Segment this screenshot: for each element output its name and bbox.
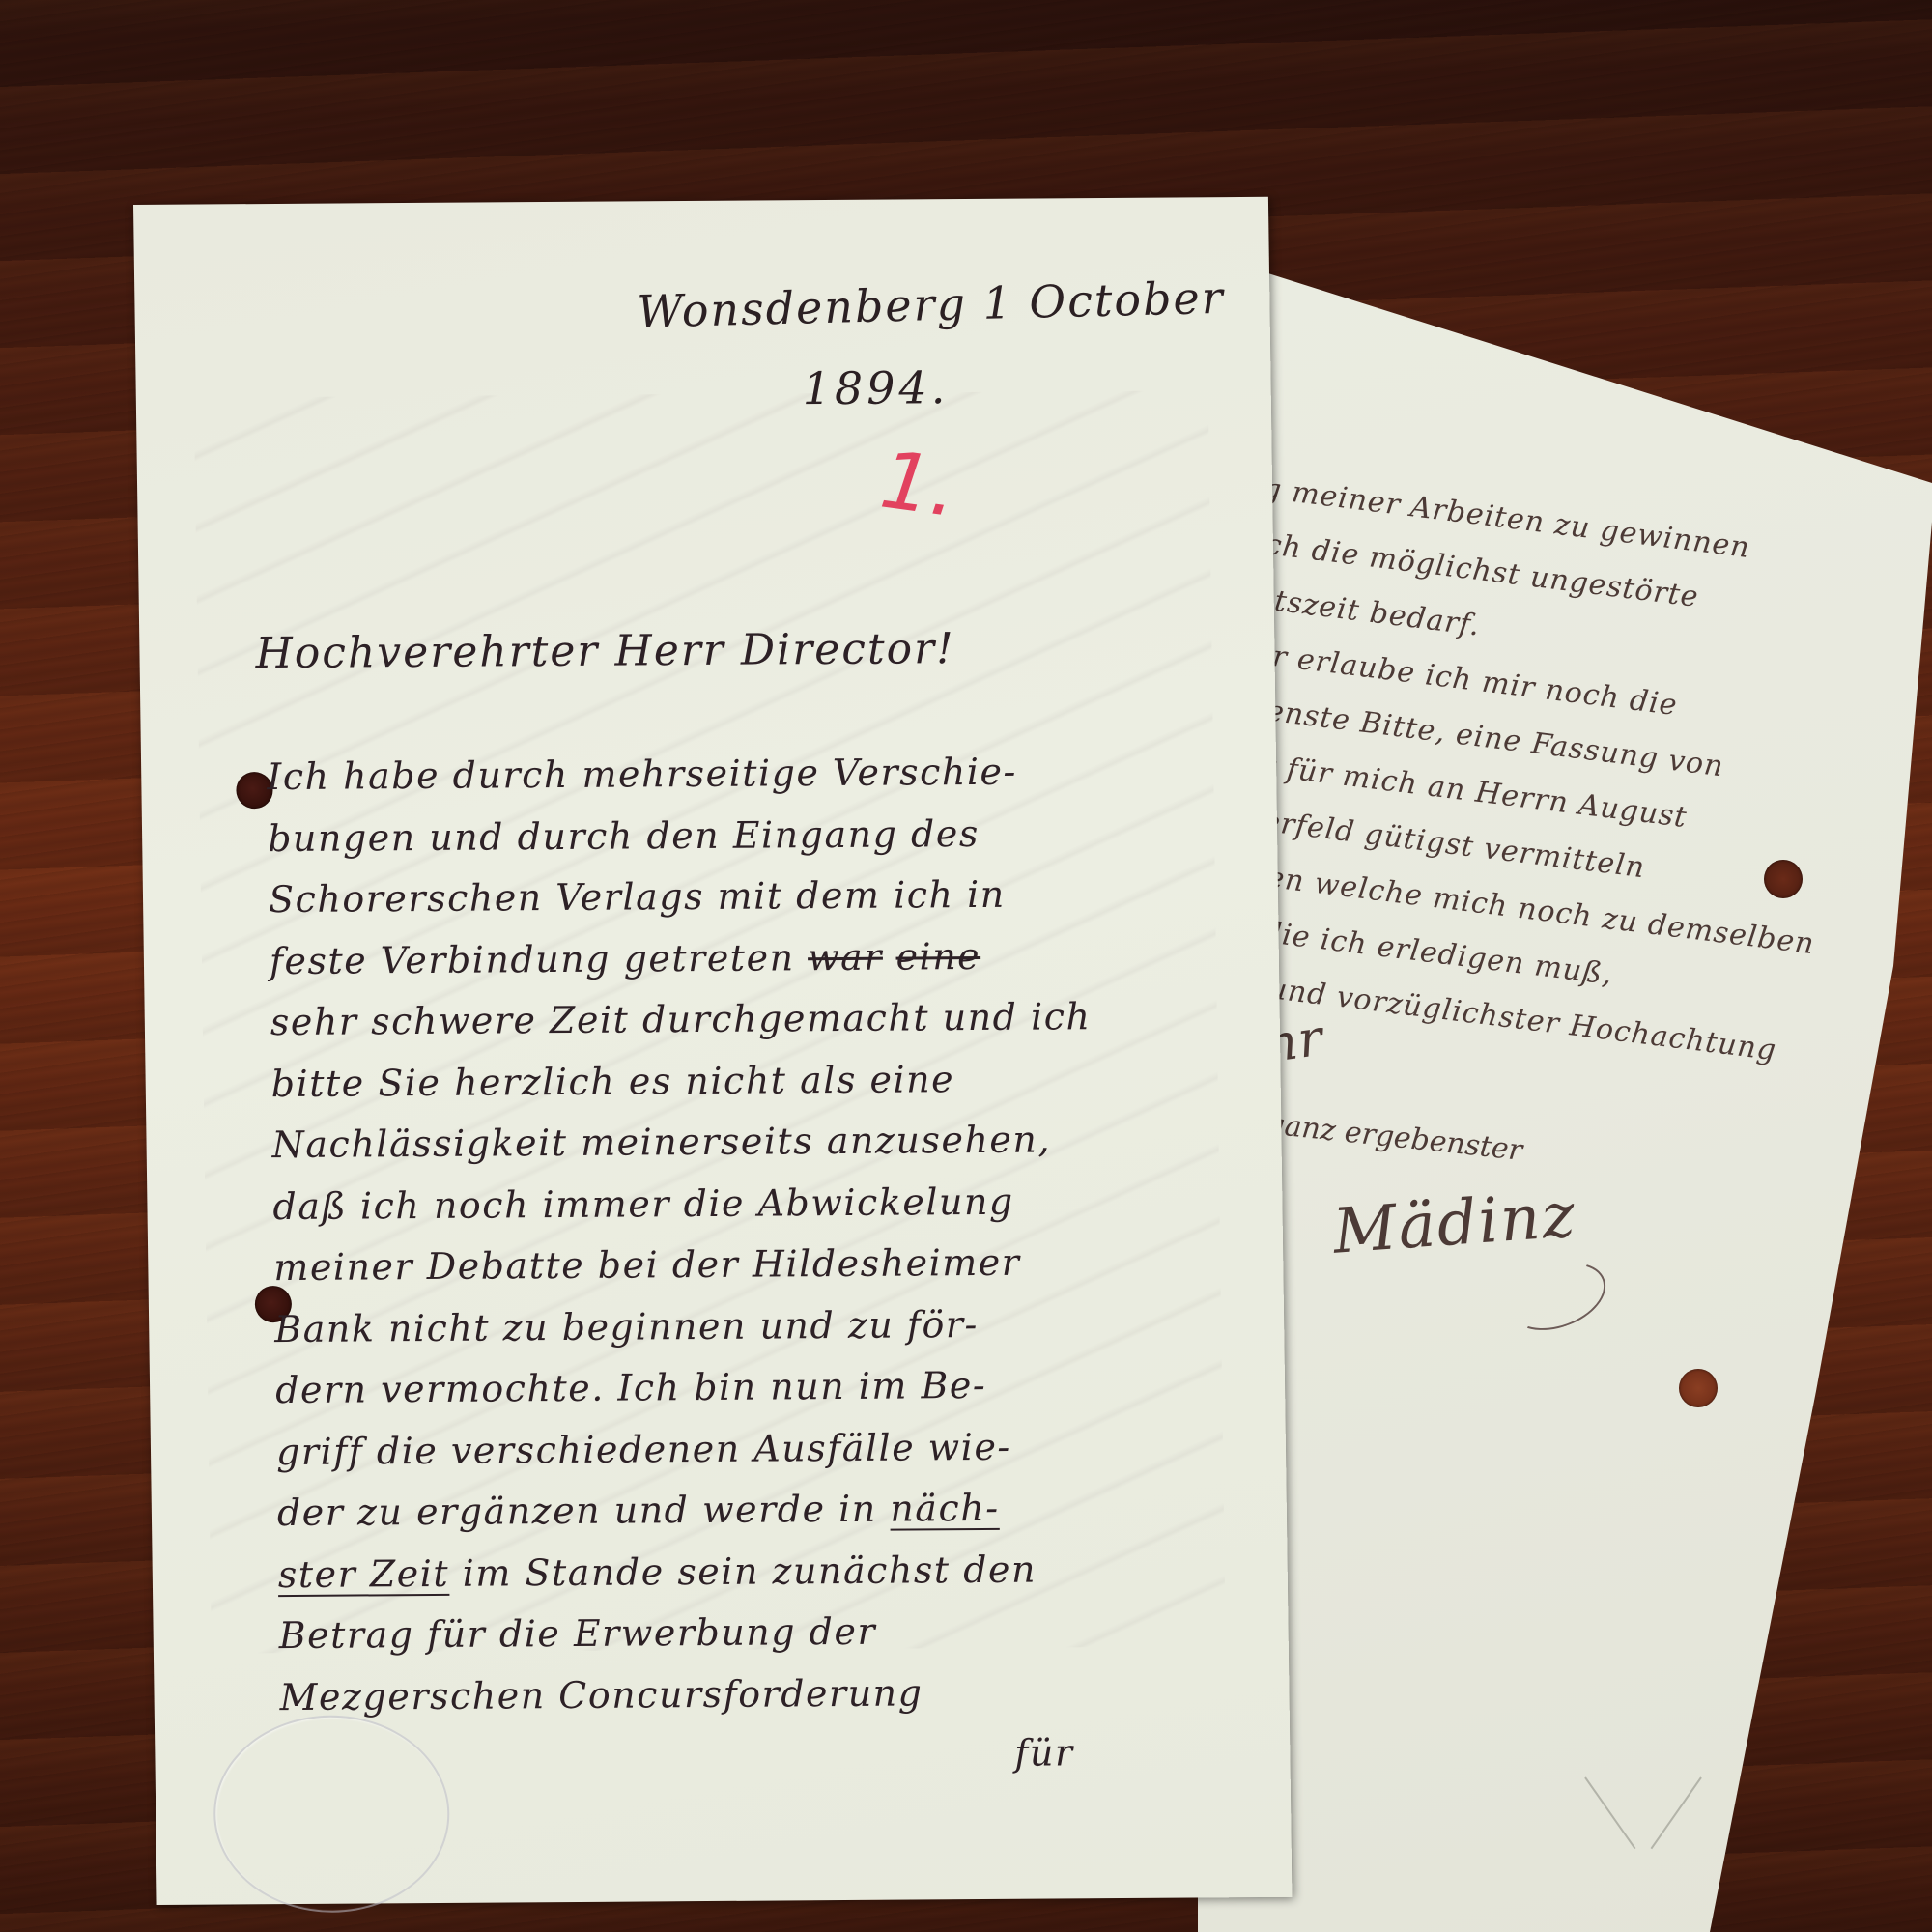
text-line: Bank nicht zu beginnen und zu för-: [274, 1293, 1241, 1360]
text-line: feste Verbindung getreten war eine: [269, 924, 1236, 992]
text-line: meiner Debatte bei der Hildesheimer: [273, 1231, 1240, 1298]
underlined-word: näch-: [890, 1487, 1000, 1530]
text-fragment: im Stande sein zunächst den: [449, 1548, 1037, 1594]
struck-word: war: [808, 935, 883, 979]
text-line: Nachlässigkeit meinerseits anzusehen,: [271, 1108, 1238, 1176]
text-line: der zu ergänzen und werde in näch-: [276, 1476, 1243, 1544]
page-number: 1.: [875, 435, 962, 536]
text-line: daß ich noch immer die Abwickelung: [272, 1170, 1239, 1237]
text-line: Betrag für die Erwerbung der: [278, 1599, 1245, 1666]
embossed-seal: [213, 1715, 451, 1914]
salutation: Hochverehrter Herr Director!: [255, 624, 955, 678]
text-fragment: der zu ergänzen und werde in: [277, 1488, 891, 1534]
text-line: ster Zeit im Stande sein zunächst den: [277, 1538, 1244, 1605]
place-date: Wonsdenberg 1 October: [637, 271, 1226, 338]
text-fragment: feste Verbindung getreten: [270, 936, 809, 982]
crease-mark: [1555, 1777, 1748, 1893]
text-line: sehr schwere Zeit durchgemacht und ich: [270, 985, 1236, 1053]
text-line: Ich habe durch mehrseitige Verschie-: [267, 740, 1234, 808]
year: 1894.: [802, 361, 949, 414]
text-line: bitte Sie herzlich es nicht als eine: [270, 1047, 1237, 1115]
text-line: bungen und durch den Eingang des: [268, 802, 1235, 869]
text-line: Mezgerschen Concursforderung: [279, 1661, 1246, 1728]
text-line: Schorerschen Verlags mit dem ich in: [269, 863, 1236, 930]
underlined-word: ster Zeit: [277, 1551, 449, 1595]
text-line: griff die verschiedenen Ausfälle wie-: [276, 1415, 1243, 1483]
text-line: dern vermochte. Ich bin nun im Be-: [275, 1353, 1242, 1421]
struck-word: eine: [895, 934, 980, 978]
letter-page-1: Wonsdenberg 1 October 1894. 1. Hochvereh…: [133, 197, 1292, 1905]
page-1-body: Ich habe durch mehrseitige Verschie- bun…: [267, 740, 1247, 1789]
punch-hole: [1679, 1369, 1718, 1407]
